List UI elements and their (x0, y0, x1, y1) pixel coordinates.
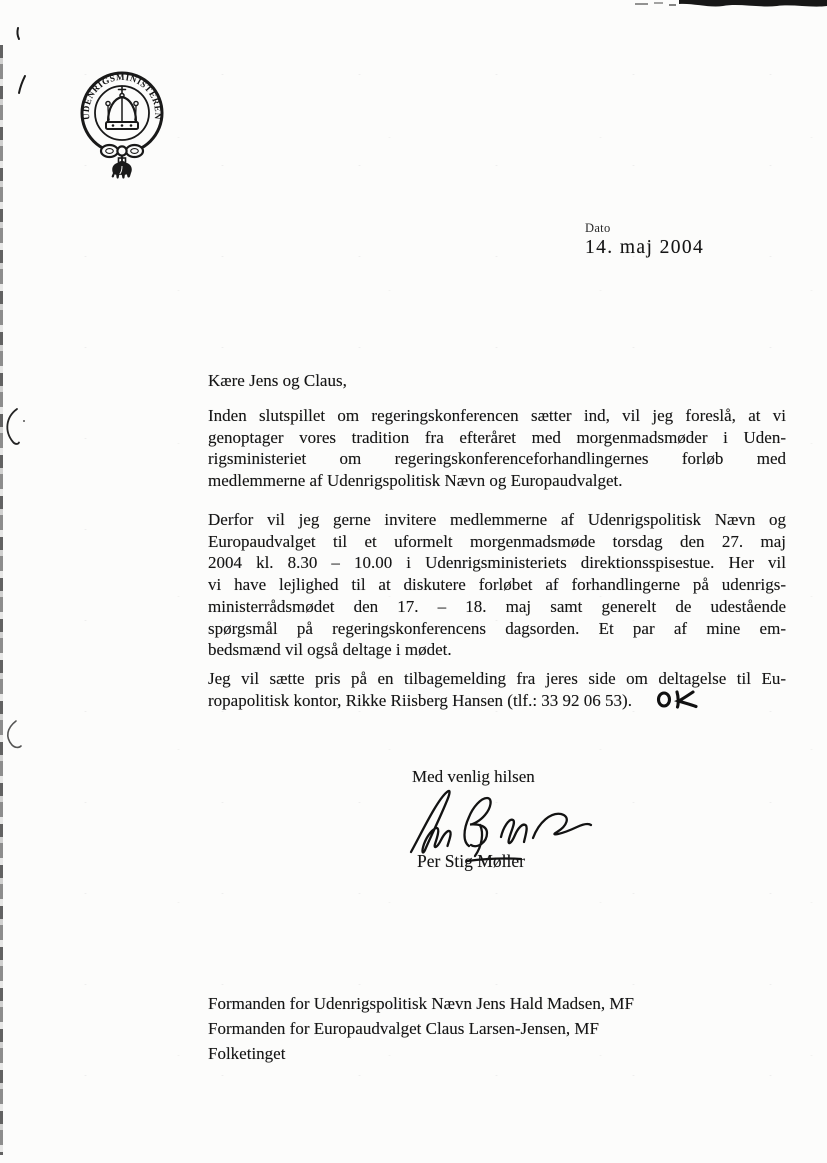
text-line: Formanden for Udenrigspolitisk Nævn Jens… (208, 992, 786, 1017)
pen-mark-icon (13, 26, 27, 44)
paragraph-2: Derfor vil jeg gerne invitere medlemmern… (208, 509, 786, 661)
closing-salute: Med venlig hilsen (412, 767, 535, 787)
text-line: vi have lejlighed til at diskutere forlø… (208, 574, 786, 596)
elephant-icon (112, 156, 132, 179)
text-line: spørgsmål på regeringskonferencens dagso… (208, 618, 786, 640)
crown-icon (106, 86, 138, 129)
text-line: 2004 kl. 8.30 – 10.00 i Udenrigsminister… (208, 552, 786, 574)
paragraph-1: Inden slutspillet om regeringskonference… (208, 405, 786, 492)
hole-punch-mark-icon (3, 718, 29, 752)
date-block: Dato 14. maj 2004 (585, 221, 704, 259)
ministry-seal: UDENRIGSMINISTEREN (66, 70, 178, 192)
text-line: ministerrådsmødet den 17. – 18. maj samt… (208, 596, 786, 618)
text-line: medlemmerne af Udenrigspolitisk Nævn og … (208, 470, 786, 492)
recipients-block: Formanden for Udenrigspolitisk Nævn Jens… (208, 992, 786, 1066)
text-line: Derfor vil jeg gerne invitere medlemmern… (208, 509, 786, 531)
scan-artifact-top-edge (627, 0, 827, 14)
ribbon-bow-icon (101, 145, 143, 157)
salutation: Kære Jens og Claus, (208, 371, 347, 391)
scan-artifact-left-edge (0, 45, 3, 1155)
pen-mark-icon (16, 74, 30, 96)
text-line: Jeg vil sætte pris på en tilbagemelding … (208, 668, 786, 690)
letter-page: UDENRIGSMINISTEREN (0, 0, 827, 1163)
text-line: Inden slutspillet om regeringskonference… (208, 405, 786, 427)
text-line: Formanden for Europaudvalget Claus Larse… (208, 1017, 786, 1042)
text-line: rigsministeriet om regeringskonferencefo… (208, 448, 786, 470)
signer-name: Per Stig Møller (417, 851, 525, 872)
hole-punch-mark-icon (0, 404, 34, 448)
text-line: Europaudvalget til et uformelt morgenmad… (208, 531, 786, 553)
date-value: 14. maj 2004 (585, 237, 704, 259)
text-line: genoptager vores tradition fra efteråret… (208, 427, 786, 449)
text-line: Folketinget (208, 1042, 786, 1067)
handwritten-ok-annotation (655, 688, 701, 710)
date-label: Dato (585, 221, 704, 236)
text-line: bedsmænd vil også deltage i mødet. (208, 639, 786, 661)
